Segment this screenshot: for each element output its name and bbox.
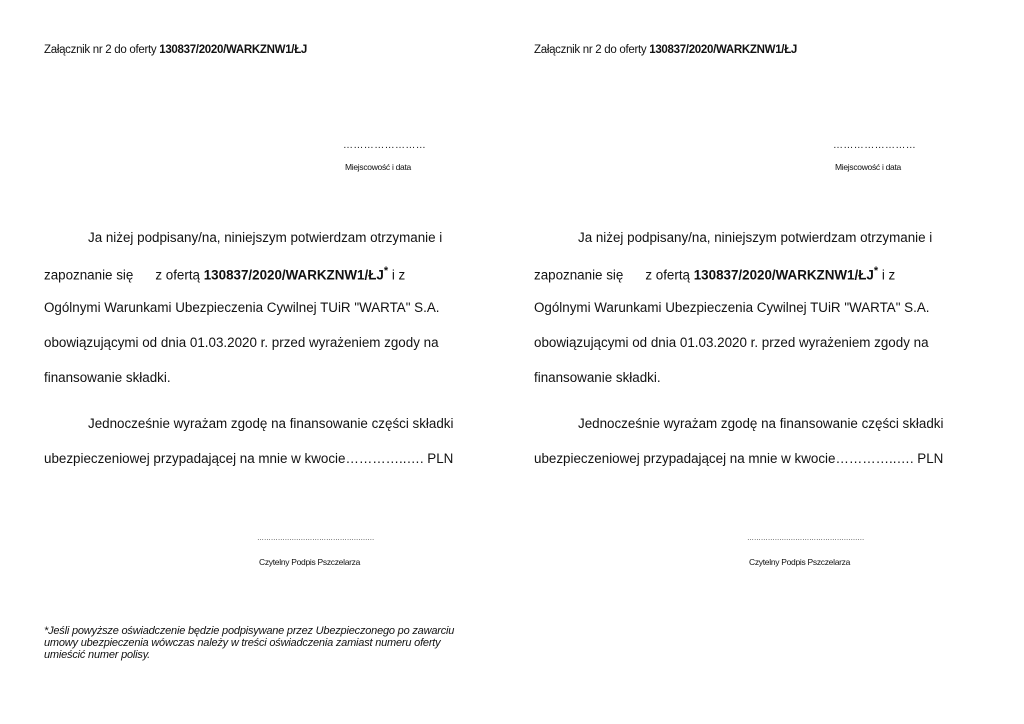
body-offer-number: 130837/2020/WARKZNW1/ŁJ (694, 267, 874, 282)
body-line-6: Jednocześnie wyrażam zgodę na finansowan… (88, 416, 453, 431)
signature-field: …………………………………………… (257, 535, 374, 542)
body-text: z ofertą (645, 267, 693, 282)
header-offer-number: 130837/2020/WARKZNW1/ŁJ (649, 44, 797, 56)
footnote: *Jeśli powyższe oświadczenie będzie podp… (44, 625, 464, 661)
document-page-left: Załącznik nr 2 do oferty 130837/2020/WAR… (0, 0, 512, 724)
body-text: z ofertą (155, 267, 203, 282)
body-line-5: finansowanie składki. (44, 370, 171, 385)
body-line-3: Ogólnymi Warunkami Ubezpieczenia Cywilne… (534, 300, 929, 315)
body-line-4: obowiązującymi od dnia 01.03.2020 r. prz… (534, 335, 929, 350)
body-text: zapoznanie się (534, 267, 623, 282)
attachment-header: Załącznik nr 2 do oferty 130837/2020/WAR… (534, 44, 797, 56)
body-text: i z (388, 267, 405, 282)
body-line-2: zapoznanie sięz ofertą 130837/2020/WARKZ… (44, 265, 405, 282)
body-line-1: Ja niżej podpisany/na, niniejszym potwie… (578, 230, 932, 245)
signature-label: Czytelny Podpis Pszczelarza (749, 557, 850, 567)
place-date-field: …………………… (833, 140, 916, 151)
body-text: zapoznanie się (44, 267, 133, 282)
body-text: i z (878, 267, 895, 282)
body-line-7: ubezpieczeniowej przypadającej na mnie w… (534, 451, 943, 466)
document-page-right: Załącznik nr 2 do oferty 130837/2020/WAR… (490, 0, 1002, 724)
body-line-7: ubezpieczeniowej przypadającej na mnie w… (44, 451, 453, 466)
header-offer-number: 130837/2020/WARKZNW1/ŁJ (159, 44, 307, 56)
body-line-6: Jednocześnie wyrażam zgodę na finansowan… (578, 416, 943, 431)
place-date-label: Miejscowość i data (835, 162, 901, 172)
body-line-5: finansowanie składki. (534, 370, 661, 385)
place-date-label: Miejscowość i data (345, 162, 411, 172)
body-line-2: zapoznanie sięz ofertą 130837/2020/WARKZ… (534, 265, 895, 282)
signature-field: …………………………………………… (747, 535, 864, 542)
body-line-4: obowiązującymi od dnia 01.03.2020 r. prz… (44, 335, 439, 350)
header-prefix: Załącznik nr 2 do oferty (44, 44, 159, 56)
header-prefix: Załącznik nr 2 do oferty (534, 44, 649, 56)
body-line-3: Ogólnymi Warunkami Ubezpieczenia Cywilne… (44, 300, 439, 315)
signature-label: Czytelny Podpis Pszczelarza (259, 557, 360, 567)
body-offer-number: 130837/2020/WARKZNW1/ŁJ (204, 267, 384, 282)
attachment-header: Załącznik nr 2 do oferty 130837/2020/WAR… (44, 44, 307, 56)
place-date-field: …………………… (343, 140, 426, 151)
body-line-1: Ja niżej podpisany/na, niniejszym potwie… (88, 230, 442, 245)
